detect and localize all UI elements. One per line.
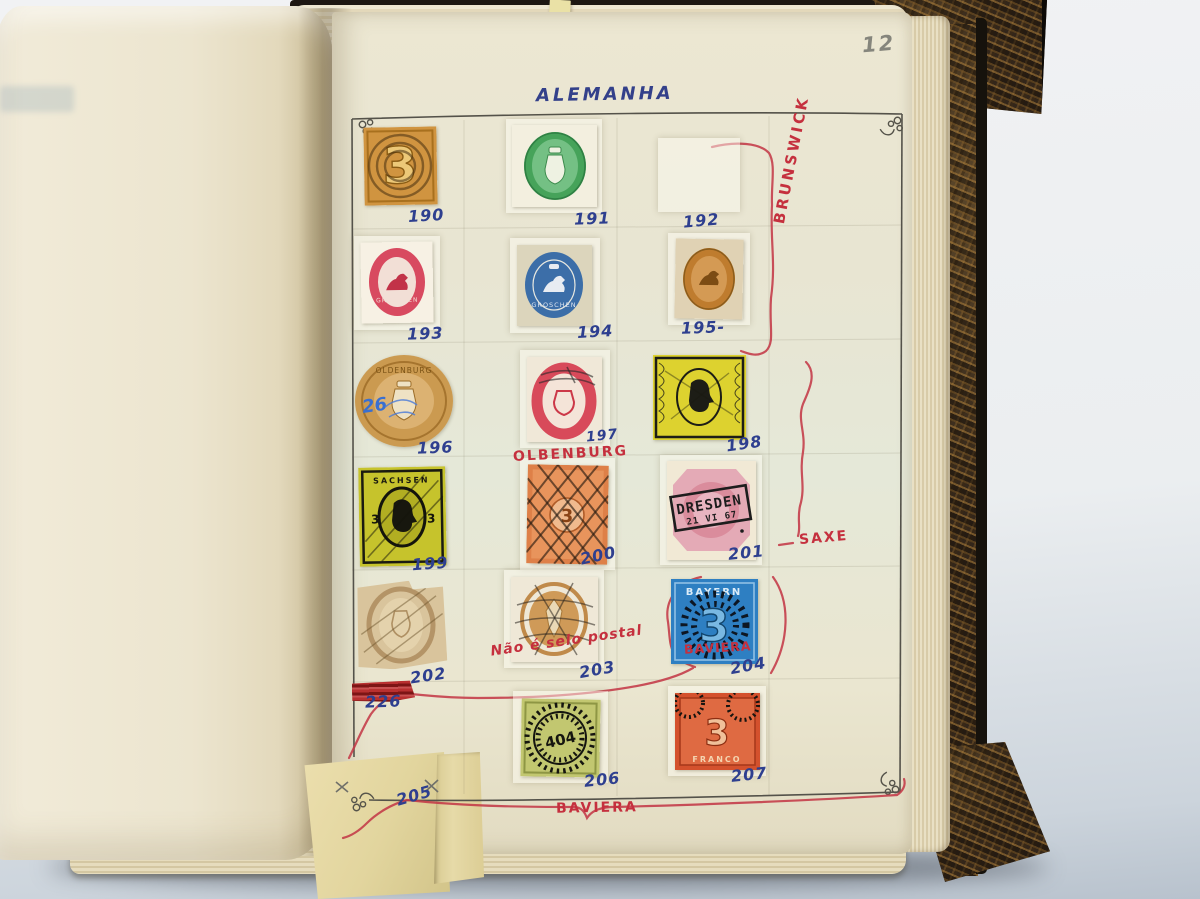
stamp-196[interactable]: OLDENBURG 26 — [355, 355, 453, 447]
annotation-baviera-bottom: BAVIERA — [556, 799, 638, 816]
catalog-number-226: 226 — [365, 691, 402, 711]
catalog-number-190: 190 — [408, 205, 445, 226]
stamp-202[interactable] — [355, 579, 447, 670]
stamp-value: 3 — [704, 713, 729, 754]
catalog-number-191: 191 — [574, 208, 611, 228]
left-blank-page[interactable] — [0, 6, 332, 860]
stamp-191[interactable] — [512, 125, 597, 207]
catalog-number-201: 201 — [727, 541, 765, 564]
stamp-198[interactable] — [653, 355, 746, 440]
torn-page-edge — [432, 752, 484, 888]
stamp-195[interactable] — [674, 238, 743, 319]
empty-mount-192 — [658, 138, 740, 212]
catalog-number-192: 192 — [682, 209, 720, 231]
stamp-text: GROSCHEN — [531, 301, 576, 309]
stamp-199[interactable]: SACHSEN 3 3 — [358, 466, 447, 567]
catalog-number-193: 193 — [407, 323, 444, 343]
crown — [549, 147, 561, 153]
page-number: 12 — [861, 31, 896, 58]
catalog-number-196: 196 — [417, 437, 454, 457]
stamp-190[interactable]: 3 — [363, 126, 437, 205]
stamp-text: OLDENBURG — [376, 366, 433, 375]
catalog-number-206: 206 — [583, 768, 621, 791]
ink-showthrough — [0, 86, 74, 112]
stamp-206[interactable]: 404 — [520, 698, 600, 777]
catalog-number-194: 194 — [577, 321, 614, 342]
photo-stamp-album: 3 GROSCHEN — [0, 0, 1200, 899]
svg-text:3: 3 — [371, 512, 380, 526]
catalog-number-195: 195- — [681, 317, 726, 338]
folded-page-corner[interactable] — [300, 752, 450, 899]
catalog-number-207: 207 — [730, 763, 768, 786]
svg-text:26: 26 — [361, 394, 389, 418]
stamp-207[interactable]: 3 FRANCO — [675, 693, 760, 770]
stamp-text: FRANCO — [692, 755, 741, 764]
page-title: ALEMANHA — [536, 83, 674, 106]
catalog-number-199: 199 — [411, 553, 449, 574]
stamp-194[interactable]: GROSCHEN — [517, 245, 592, 326]
svg-text:GROSCHEN: GROSCHEN — [376, 297, 418, 305]
stamp-193[interactable]: GROSCHEN — [360, 241, 433, 323]
stamp-value: 3 — [427, 511, 436, 525]
